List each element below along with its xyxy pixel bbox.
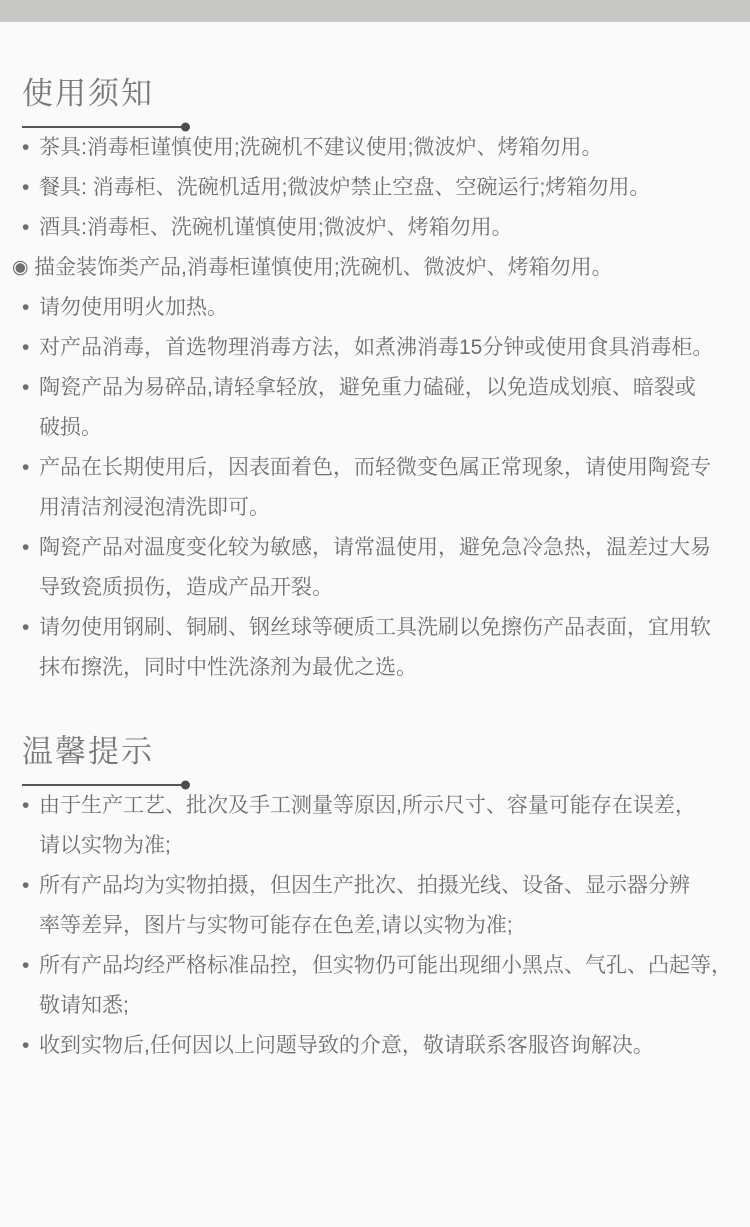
section-title-tips: 温馨提示 bbox=[22, 734, 742, 770]
list-item-text: 由于生产工艺、批次及手工测量等原因,所示尺寸、容量可能存在误差， 请以实物为准; bbox=[39, 794, 696, 857]
list-item-text: 产品在长期使用后，因表面着色，而轻微变色属正常现象，请使用陶瓷专 用清洁剂浸泡清… bbox=[39, 456, 711, 519]
list-item-text: 陶瓷产品为易碎品,请轻拿轻放，避免重力磕碰，以免造成划痕、暗裂或 破损。 bbox=[39, 376, 696, 439]
list-item: •请勿使用钢刷、铜刷、钢丝球等硬质工具洗刷以免擦伤产品表面，宜用软 抹布擦洗，同… bbox=[22, 608, 742, 688]
list-item: •陶瓷产品对温度变化较为敏感，请常温使用，避免急冷急热，温差过大易 导致瓷质损伤… bbox=[22, 528, 742, 608]
bullet-dot-icon: • bbox=[22, 448, 29, 488]
bullet-dot-icon: • bbox=[22, 946, 29, 986]
bullet-dot-icon: • bbox=[22, 1026, 29, 1066]
list-item-text: 餐具: 消毒柜、洗碗机适用;微波炉禁止空盘、空碗运行;烤箱勿用。 bbox=[39, 176, 650, 199]
list-item: •餐具: 消毒柜、洗碗机适用;微波炉禁止空盘、空碗运行;烤箱勿用。 bbox=[22, 168, 742, 208]
list-item: •收到实物后,任何因以上问题导致的介意，敬请联系客服咨询解决。 bbox=[22, 1026, 742, 1066]
bullet-fisheye-icon: ◉ bbox=[12, 248, 29, 288]
bullet-dot-icon: • bbox=[22, 208, 29, 248]
list-item: •所有产品均为实物拍摄，但因生产批次、拍摄光线、设备、显示器分辨 率等差异，图片… bbox=[22, 866, 742, 946]
bullet-dot-icon: • bbox=[22, 368, 29, 408]
bullet-dot-icon: • bbox=[22, 608, 29, 648]
list-item: •所有产品均经严格标准品控，但实物仍可能出现细小黑点、气孔、凸起等， 敬请知悉; bbox=[22, 946, 742, 1026]
bullet-dot-icon: • bbox=[22, 128, 29, 168]
list-item-text: 所有产品均经严格标准品控，但实物仍可能出现细小黑点、气孔、凸起等， 敬请知悉; bbox=[39, 954, 732, 1017]
list-item-text: 描金装饰类产品,消毒柜谨慎使用;洗碗机、微波炉、烤箱勿用。 bbox=[34, 256, 613, 279]
list-item: •产品在长期使用后，因表面着色，而轻微变色属正常现象，请使用陶瓷专 用清洁剂浸泡… bbox=[22, 448, 742, 528]
list-item: ◉描金装饰类产品,消毒柜谨慎使用;洗碗机、微波炉、烤箱勿用。 bbox=[12, 248, 742, 288]
bullet-dot-icon: • bbox=[22, 168, 29, 208]
tips-list: •由于生产工艺、批次及手工测量等原因,所示尺寸、容量可能存在误差， 请以实物为准… bbox=[22, 786, 742, 1066]
tips-title-block: 温馨提示 bbox=[22, 734, 742, 786]
list-item-text: 茶具:消毒柜谨慎使用;洗碗机不建议使用;微波炉、烤箱勿用。 bbox=[39, 136, 603, 159]
usage-section: 使用须知 •茶具:消毒柜谨慎使用;洗碗机不建议使用;微波炉、烤箱勿用。 •餐具:… bbox=[22, 76, 742, 688]
list-item: •由于生产工艺、批次及手工测量等原因,所示尺寸、容量可能存在误差， 请以实物为准… bbox=[22, 786, 742, 866]
list-item-text: 对产品消毒，首选物理消毒方法，如煮沸消毒15分钟或使用食具消毒柜。 bbox=[39, 336, 713, 359]
list-item-text: 所有产品均为实物拍摄，但因生产批次、拍摄光线、设备、显示器分辨 率等差异，图片与… bbox=[39, 874, 690, 937]
list-item: •陶瓷产品为易碎品,请轻拿轻放，避免重力磕碰，以免造成划痕、暗裂或 破损。 bbox=[22, 368, 742, 448]
list-item-text: 酒具:消毒柜、洗碗机谨慎使用;微波炉、烤箱勿用。 bbox=[39, 216, 513, 239]
tips-section: 温馨提示 •由于生产工艺、批次及手工测量等原因,所示尺寸、容量可能存在误差， 请… bbox=[22, 734, 742, 1066]
usage-title-block: 使用须知 bbox=[22, 76, 742, 128]
list-item: •请勿使用明火加热。 bbox=[22, 288, 742, 328]
bullet-dot-icon: • bbox=[22, 866, 29, 906]
bullet-dot-icon: • bbox=[22, 528, 29, 568]
bullet-dot-icon: • bbox=[22, 328, 29, 368]
list-item: •对产品消毒，首选物理消毒方法，如煮沸消毒15分钟或使用食具消毒柜。 bbox=[22, 328, 742, 368]
bullet-dot-icon: • bbox=[22, 288, 29, 328]
list-item-text: 请勿使用钢刷、铜刷、钢丝球等硬质工具洗刷以免擦伤产品表面，宜用软 抹布擦洗，同时… bbox=[39, 616, 711, 679]
list-item-text: 陶瓷产品对温度变化较为敏感，请常温使用，避免急冷急热，温差过大易 导致瓷质损伤，… bbox=[39, 536, 711, 599]
usage-primary-list: •茶具:消毒柜谨慎使用;洗碗机不建议使用;微波炉、烤箱勿用。 •餐具: 消毒柜、… bbox=[22, 128, 742, 288]
list-item: •茶具:消毒柜谨慎使用;洗碗机不建议使用;微波炉、烤箱勿用。 bbox=[22, 128, 742, 168]
list-item-text: 收到实物后,任何因以上问题导致的介意，敬请联系客服咨询解决。 bbox=[39, 1034, 654, 1057]
list-item: •酒具:消毒柜、洗碗机谨慎使用;微波炉、烤箱勿用。 bbox=[22, 208, 742, 248]
list-item-text: 请勿使用明火加热。 bbox=[39, 296, 228, 319]
bullet-dot-icon: • bbox=[22, 786, 29, 826]
section-title-usage: 使用须知 bbox=[22, 76, 742, 112]
page-content: 使用须知 •茶具:消毒柜谨慎使用;洗碗机不建议使用;微波炉、烤箱勿用。 •餐具:… bbox=[0, 76, 750, 1096]
usage-care-list: •请勿使用明火加热。 •对产品消毒，首选物理消毒方法，如煮沸消毒15分钟或使用食… bbox=[22, 288, 742, 688]
top-bar bbox=[0, 0, 750, 22]
